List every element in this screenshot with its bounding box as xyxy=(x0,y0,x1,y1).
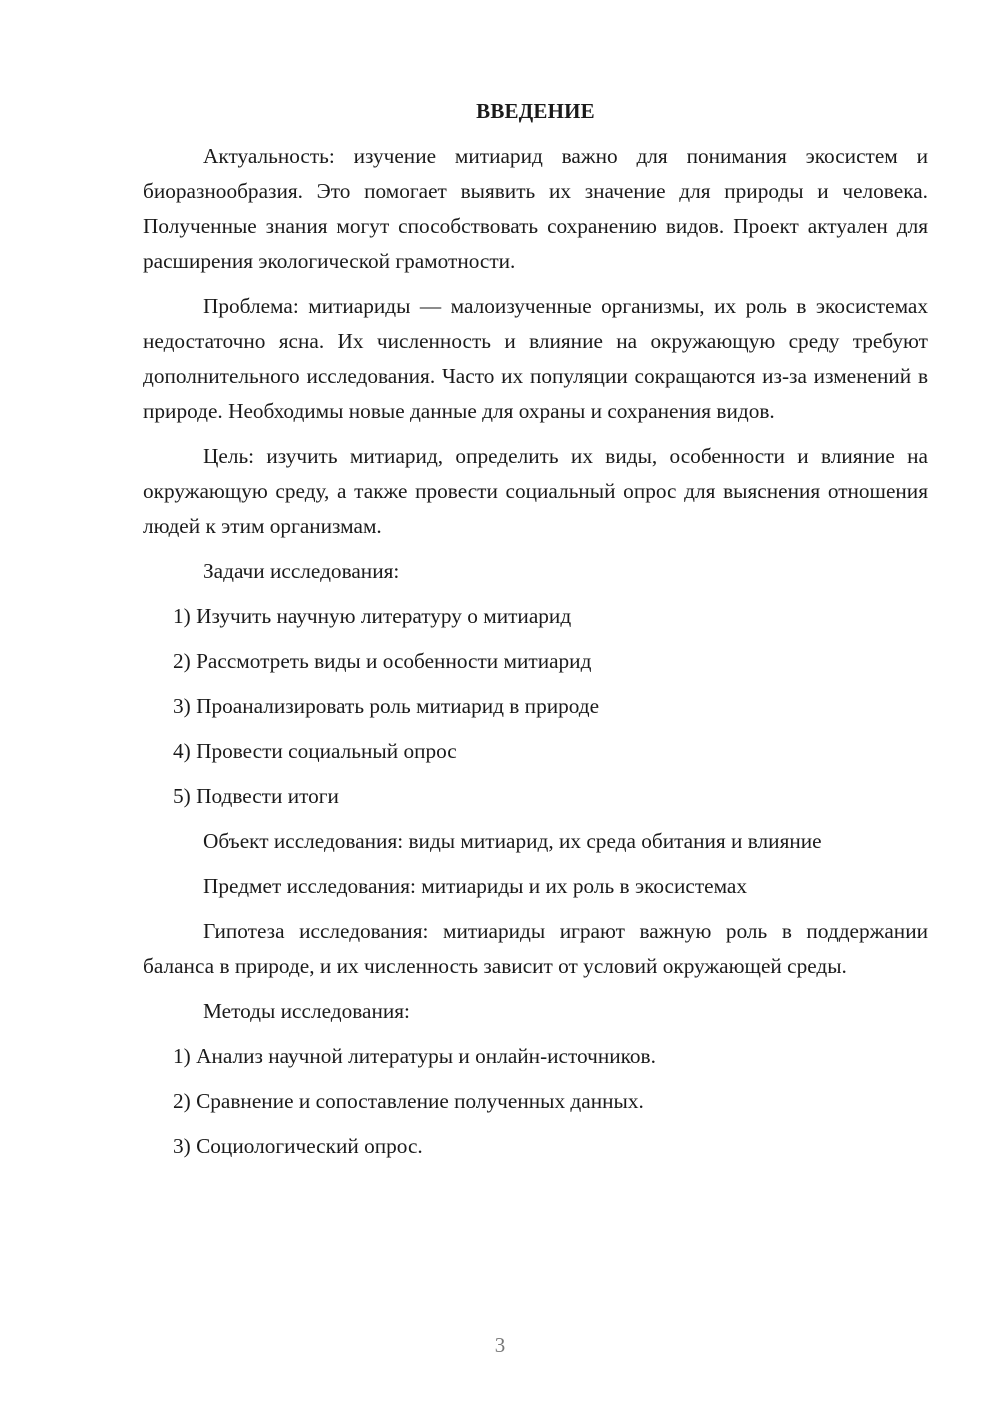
task-item: 5) Подвести итоги xyxy=(143,779,928,814)
tasks-heading: Задачи исследования: xyxy=(143,554,928,589)
task-item: 2) Рассмотреть виды и особенности митиар… xyxy=(143,644,928,679)
hypothesis-paragraph: Гипотеза исследования: митиариды играют … xyxy=(143,914,928,984)
task-item: 3) Проанализировать роль митиарид в прир… xyxy=(143,689,928,724)
subject-paragraph: Предмет исследования: митиариды и их рол… xyxy=(143,869,928,904)
problem-paragraph: Проблема: митиариды — малоизученные орга… xyxy=(143,289,928,429)
method-item: 3) Социологический опрос. xyxy=(143,1129,928,1164)
document-page: ВВЕДЕНИЕ Актуальность: изучение митиарид… xyxy=(143,94,928,1174)
task-item: 1) Изучить научную литературу о митиарид xyxy=(143,599,928,634)
goal-paragraph: Цель: изучить митиарид, определить их ви… xyxy=(143,439,928,544)
tasks-list: 1) Изучить научную литературу о митиарид… xyxy=(143,599,928,814)
page-number: 3 xyxy=(0,1333,1000,1358)
section-title: ВВЕДЕНИЕ xyxy=(143,94,928,128)
method-item: 2) Сравнение и сопоставление полученных … xyxy=(143,1084,928,1119)
relevance-paragraph: Актуальность: изучение митиарид важно дл… xyxy=(143,139,928,279)
method-item: 1) Анализ научной литературы и онлайн-ис… xyxy=(143,1039,928,1074)
object-paragraph: Объект исследования: виды митиарид, их с… xyxy=(143,824,928,859)
task-item: 4) Провести социальный опрос xyxy=(143,734,928,769)
methods-heading: Методы исследования: xyxy=(143,994,928,1029)
methods-list: 1) Анализ научной литературы и онлайн-ис… xyxy=(143,1039,928,1164)
